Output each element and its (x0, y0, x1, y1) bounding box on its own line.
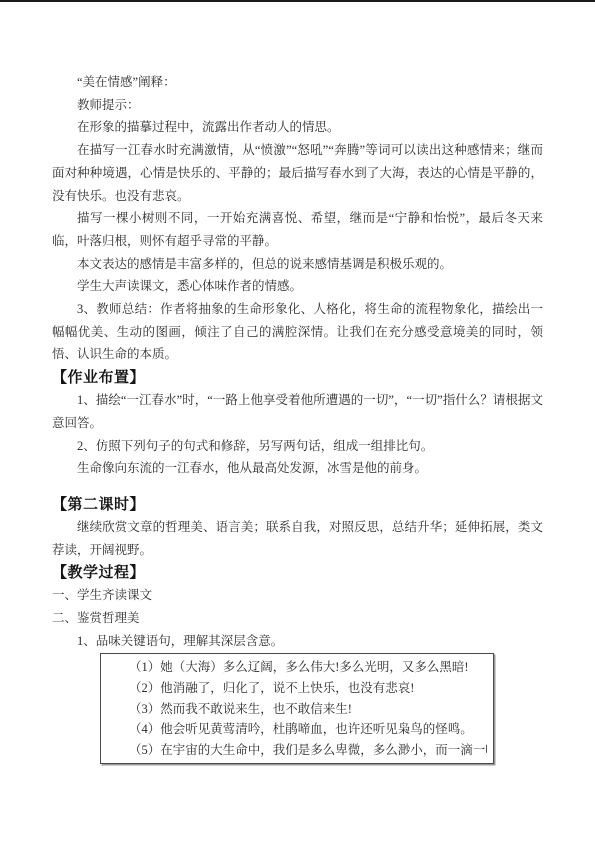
teaching-process-heading: 【教学过程】 (52, 561, 543, 584)
page-content: “美在情感”阐释： 教师提示： 在形象的描摹过程中，流露出作者动人的情思。 在描… (52, 71, 543, 764)
key-sentences-box: （1）她（大海）多么辽阔，多么伟大!多么光明，又多么黑暗! （2）他消融了，归化… (100, 653, 494, 764)
document-page: “美在情感”阐释： 教师提示： 在形象的描摹过程中，流露出作者动人的情思。 在描… (0, 0, 595, 841)
homework-item: 1、描绘“一江春水”时，“一路上他享受着他所遭遇的一切”，“一切”指什么？请根据… (52, 389, 543, 434)
intro-paragraph: 在描写一江春水时充满激情，从“愤激”“怒吼”“奔腾”等词可以读出这种感情来；继而… (52, 139, 543, 207)
homework-heading: 【作业布置】 (52, 366, 543, 389)
second-period-summary: 继续欣赏文章的哲理美、语言美；联系自我，对照反思，总结升华；延伸拓展，类文荐读，… (52, 516, 543, 561)
page-top-border (0, 0, 595, 2)
intro-paragraph: 描写一棵小树则不同，一开始充满喜悦、希望，继而是“宁静和怡悦”，最后冬天来临，叶… (52, 207, 543, 252)
activity-line: 一、学生齐读课文 (52, 584, 543, 607)
intro-paragraph: 教师提示： (52, 94, 543, 117)
intro-paragraph: 学生大声读课文，悉心体味作者的情感。 (52, 275, 543, 298)
activity-line: 1、品味关键语句，理解其深层含意。 (52, 630, 543, 653)
activity-line: 二、鉴赏哲理美 (52, 607, 543, 630)
intro-paragraph: “美在情感”阐释： (52, 71, 543, 94)
homework-item: 2、仿照下列句子的句式和修辞，另写两句话，组成一组排比句。 (52, 435, 543, 458)
intro-paragraph: 3、教师总结：作者将抽象的生命形象化、人格化，将生命的流程物象化，描绘出一幅幅优… (52, 298, 543, 366)
key-sentence-line: （4）他会听见黄莺清吟，杜鹃啼血，也许还听见枭鸟的怪鸣。 (129, 719, 487, 740)
key-sentence-line: （1）她（大海）多么辽阔，多么伟大!多么光明，又多么黑暗! (129, 657, 487, 678)
intro-paragraph: 本文表达的感情是丰富多样的，但总的说来感情基调是积极乐观的。 (52, 253, 543, 276)
key-sentence-line: （2）他消融了，归化了，说不上快乐，也没有悲哀! (129, 678, 487, 699)
homework-item: 生命像向东流的一江春水，他从最高处发源，冰雪是他的前身。 (52, 457, 543, 480)
key-sentence-line: （3）然而我不敢说来生，也不敢信来生! (129, 699, 487, 720)
intro-paragraph: 在形象的描摹过程中，流露出作者动人的情思。 (52, 116, 543, 139)
second-period-heading: 【第二课时】 (52, 493, 543, 516)
key-sentence-line: （5）在宇宙的大生命中，我们是多么卑微，多么渺小，而一滴一叶 (129, 740, 487, 761)
